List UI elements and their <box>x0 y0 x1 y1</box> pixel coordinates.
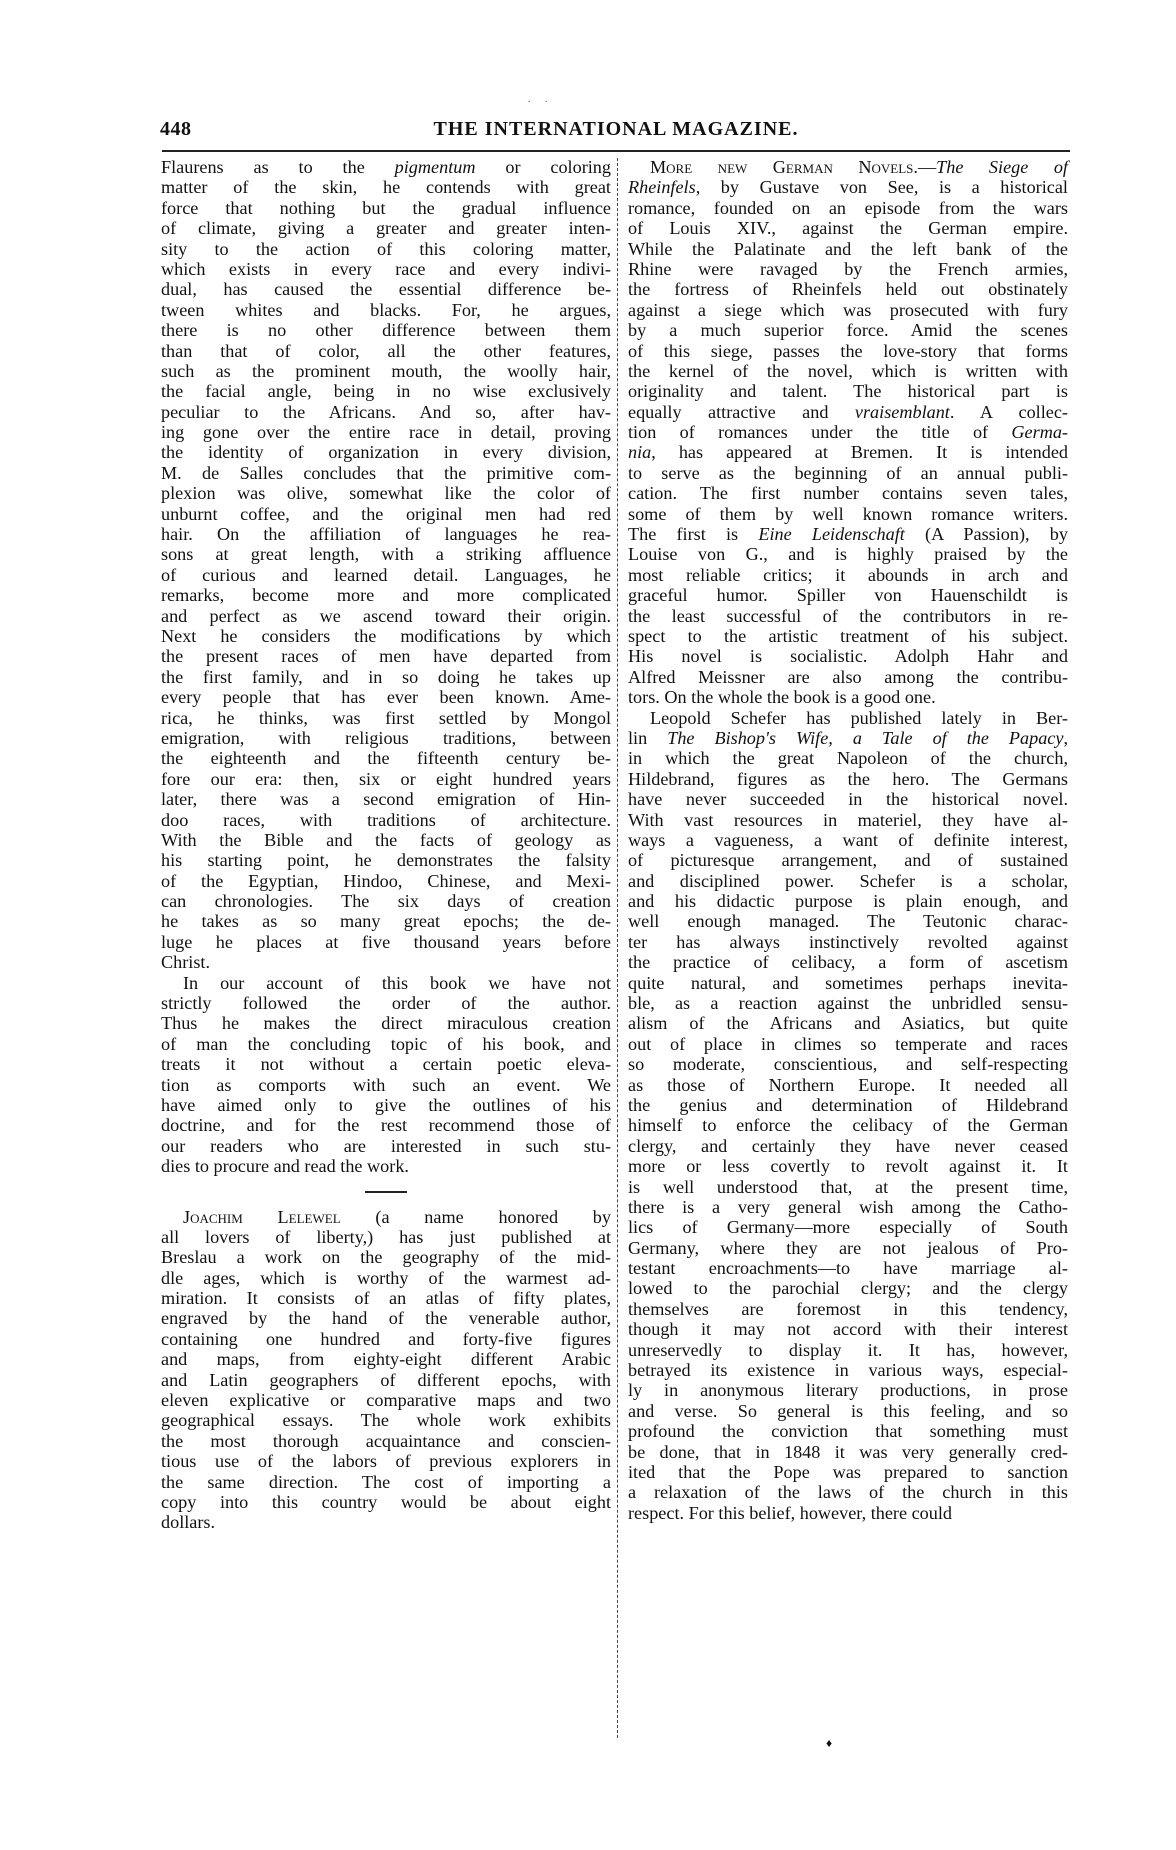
text-line: the eighteenth and the fifteenth century… <box>161 748 611 768</box>
text-line: tors. On the whole the book is a good on… <box>628 687 1068 707</box>
text-line: all lovers of liberty,) has just publish… <box>161 1227 611 1247</box>
text-line: tion of romances under the title of Germ… <box>628 422 1068 442</box>
text-line: romance, founded on an episode from the … <box>628 198 1068 218</box>
text-line: ited that the Pope was prepared to sanct… <box>628 1462 1068 1482</box>
paragraph-schefer: Leopold Schefer has published lately in … <box>628 708 1068 1524</box>
text-line: Leopold Schefer has published lately in … <box>628 708 1068 728</box>
text-line: and maps, from eighty-eight different Ar… <box>161 1349 611 1369</box>
column-divider <box>617 158 618 1738</box>
text-line: every people that has ever been known. A… <box>161 687 611 707</box>
text-line: Rheinfels, by Gustave von See, is a hist… <box>628 177 1068 197</box>
paragraph-account: In our account of this book we have nots… <box>161 973 611 1177</box>
text-line: tween whites and blacks. For, he argues, <box>161 300 611 320</box>
text-line: spect to the artistic treatment of his s… <box>628 626 1068 646</box>
text-line: emigration, with religious traditions, b… <box>161 728 611 748</box>
text-line: originality and talent. The historical p… <box>628 381 1068 401</box>
text-line: later, there was a second emigration of … <box>161 789 611 809</box>
paragraph-german-novels: More new German Novels.—The Siege ofRhei… <box>628 157 1068 708</box>
text-line: His novel is socialistic. Adolph Hahr an… <box>628 646 1068 666</box>
text-line: ly in anonymous literary productions, in… <box>628 1380 1068 1400</box>
text-line: The first is Eine Leidenschaft (A Passio… <box>628 524 1068 544</box>
text-line: himself to enforce the celibacy of the G… <box>628 1115 1068 1135</box>
text-line: the kernel of the novel, which is writte… <box>628 361 1068 381</box>
section-heading: Joachim Lelewel <box>183 1207 341 1227</box>
text-line: hair. On the affiliation of languages he… <box>161 524 611 544</box>
text-line: doctrine, and for the rest recommend tho… <box>161 1115 611 1135</box>
text-line: most reliable critics; it abounds in arc… <box>628 565 1068 585</box>
text-line: Flaurens as to the pigmentum or coloring <box>161 157 611 177</box>
text-line: out of place in climes so temperate and … <box>628 1034 1068 1054</box>
left-column: Flaurens as to the pigmentum or coloring… <box>161 157 611 1533</box>
text-line: of man the concluding topic of his book,… <box>161 1034 611 1054</box>
paragraph-pigmentum: Flaurens as to the pigmentum or coloring… <box>161 157 611 973</box>
text-line: equally attractive and vraisemblant. A c… <box>628 402 1068 422</box>
text-line: by a much superior force. Amid the scene… <box>628 320 1068 340</box>
text-line: and Latin geographers of different epoch… <box>161 1370 611 1390</box>
text-line: have aimed only to give the outlines of … <box>161 1095 611 1115</box>
text-line: alism of the Africans and Asiatics, but … <box>628 1013 1068 1033</box>
text-line: dle ages, which is worthy of the warmest… <box>161 1268 611 1288</box>
text-line: there is a very general wish among the C… <box>628 1197 1068 1217</box>
text-line: be done, that in 1848 it was very genera… <box>628 1442 1068 1462</box>
text-line: With the Bible and the facts of geology … <box>161 830 611 850</box>
text-line: the facial angle, being in no wise exclu… <box>161 381 611 401</box>
section-divider <box>365 1191 407 1193</box>
text-line: the same direction. The cost of importin… <box>161 1472 611 1492</box>
text-line: of picturesque arrangement, and of susta… <box>628 850 1068 870</box>
text-line: and verse. So general is this feeling, a… <box>628 1401 1068 1421</box>
text-line: dual, has caused the essential differenc… <box>161 279 611 299</box>
text-line: have never succeeded in the historical n… <box>628 789 1068 809</box>
text-line: tion as comports with such an event. We <box>161 1075 611 1095</box>
text-line: and perfect as we ascend toward their or… <box>161 606 611 626</box>
text-line: of curious and learned detail. Languages… <box>161 565 611 585</box>
text-line: engraved by the hand of the venerable au… <box>161 1308 611 1328</box>
top-dots: . . <box>528 94 554 105</box>
text-line: force that nothing but the gradual influ… <box>161 198 611 218</box>
running-title: THE INTERNATIONAL MAGAZINE. <box>160 118 1072 141</box>
text-line: the practice of celibacy, a form of asce… <box>628 952 1068 972</box>
text-line: our readers who are interested in such s… <box>161 1136 611 1156</box>
text-line: themselves are foremost in this tendency… <box>628 1299 1068 1319</box>
text-line: the least successful of the contributors… <box>628 606 1068 626</box>
text-line: cation. The first number contains seven … <box>628 483 1068 503</box>
section-heading: More new German Novels.— <box>650 157 936 177</box>
text-line: fore our era: then, six or eight hundred… <box>161 769 611 789</box>
text-line: Next he considers the modifications by w… <box>161 626 611 646</box>
text-line: geographical essays. The whole work exhi… <box>161 1410 611 1430</box>
text-line: Hildebrand, figures as the hero. The Ger… <box>628 769 1068 789</box>
text-line: the present races of men have departed f… <box>161 646 611 666</box>
text-line: treats it not without a certain poetic e… <box>161 1054 611 1074</box>
text-line: Louise von G., and is highly praised by … <box>628 544 1068 564</box>
text-line: ways a vagueness, a want of definite int… <box>628 830 1068 850</box>
text-line: lics of Germany—more especially of South <box>628 1217 1068 1237</box>
text-line: so moderate, conscientious, and self-res… <box>628 1054 1068 1074</box>
text-line: dollars. <box>161 1512 611 1532</box>
header-rule <box>162 150 1070 152</box>
text-line: copy into this country would be about ei… <box>161 1492 611 1512</box>
text-line: more or less covertly to revolt against … <box>628 1156 1068 1176</box>
text-line: In our account of this book we have not <box>161 973 611 993</box>
text-line: some of them by well known romance write… <box>628 504 1068 524</box>
text-line: unreservedly to display it. It has, howe… <box>628 1340 1068 1360</box>
text-line: M. de Salles concludes that the primitiv… <box>161 463 611 483</box>
text-line: and disciplined power. Schefer is a scho… <box>628 871 1068 891</box>
text-line: ing gone over the entire race in detail,… <box>161 422 611 442</box>
right-column: More new German Novels.—The Siege ofRhei… <box>628 157 1068 1523</box>
text-line: testant encroachments—to have marriage a… <box>628 1258 1068 1278</box>
text-line: than that of color, all the other featur… <box>161 341 611 361</box>
text-line: the most thorough acquaintance and consc… <box>161 1431 611 1451</box>
text-line: lin The Bishop's Wife, a Tale of the Pap… <box>628 728 1068 748</box>
text-line: he takes as so many great epochs; the de… <box>161 911 611 931</box>
text-line: is well understood that, at the present … <box>628 1177 1068 1197</box>
text-line: Alfred Meissner are also among the contr… <box>628 667 1068 687</box>
book-title: The Siege of <box>936 157 1068 177</box>
text-line: luge he places at five thousand years be… <box>161 932 611 952</box>
text-line: his starting point, he demonstrates the … <box>161 850 611 870</box>
text-line: in which the great Napoleon of the churc… <box>628 748 1068 768</box>
text-line: containing one hundred and forty-five fi… <box>161 1329 611 1349</box>
text-line: matter of the skin, he contends with gre… <box>161 177 611 197</box>
text-line: the first family, and in so doing he tak… <box>161 667 611 687</box>
text-line: strictly followed the order of the autho… <box>161 993 611 1013</box>
page-header: 448 THE INTERNATIONAL MAGAZINE. <box>160 118 1072 144</box>
text-line: Joachim Lelewel (a name honored by <box>161 1207 611 1227</box>
text-line: graceful humor. Spiller von Hauenschildt… <box>628 585 1068 605</box>
text-line: against a siege which was prosecuted wit… <box>628 300 1068 320</box>
footer-mark: ♦ <box>826 1736 832 1751</box>
text-line: the fortress of Rheinfels held out obsti… <box>628 279 1068 299</box>
text-line: plexion was olive, somewhat like the col… <box>161 483 611 503</box>
text-line: Thus he makes the direct miraculous crea… <box>161 1013 611 1033</box>
text-line: betrayed its existence in various ways, … <box>628 1360 1068 1380</box>
text-line: profound the conviction that something m… <box>628 1421 1068 1441</box>
text-line: doo races, with traditions of architectu… <box>161 810 611 830</box>
text-line: dies to procure and read the work. <box>161 1156 611 1176</box>
text-line: and his didactic purpose is plain enough… <box>628 891 1068 911</box>
text-line: a relaxation of the laws of the church i… <box>628 1482 1068 1502</box>
text-line: eleven explicative or comparative maps a… <box>161 1390 611 1410</box>
text-line: which exists in every race and every ind… <box>161 259 611 279</box>
text-line: such as the prominent mouth, the woolly … <box>161 361 611 381</box>
text-line: respect. For this belief, however, there… <box>628 1503 1068 1523</box>
text-line: to serve as the beginning of an annual p… <box>628 463 1068 483</box>
text-line: ter has always instinctively revolted ag… <box>628 932 1068 952</box>
text-line: nia, has appeared at Bremen. It is inten… <box>628 442 1068 462</box>
text-line: of climate, giving a greater and greater… <box>161 218 611 238</box>
text-line: quite natural, and sometimes perhaps ine… <box>628 973 1068 993</box>
text-line: of the Egyptian, Hindoo, Chinese, and Me… <box>161 871 611 891</box>
text-line: Germany, where they are not jealous of P… <box>628 1238 1068 1258</box>
text-line: there is no other difference between the… <box>161 320 611 340</box>
text-line: miration. It consists of an atlas of fif… <box>161 1288 611 1308</box>
text-line: ble, as a reaction against the unbridled… <box>628 993 1068 1013</box>
text-line: of Louis XIV., against the German empire… <box>628 218 1068 238</box>
text-line: though it may not accord with their inte… <box>628 1319 1068 1339</box>
text-line: of this siege, passes the love-story tha… <box>628 341 1068 361</box>
text-line: the genius and determination of Hildebra… <box>628 1095 1068 1115</box>
paragraph-lelewel: Joachim Lelewel (a name honored byall lo… <box>161 1207 611 1533</box>
text-line: rica, he thinks, was first settled by Mo… <box>161 708 611 728</box>
text-line: peculiar to the Africans. And so, after … <box>161 402 611 422</box>
text-line: With vast resources in materiel, they ha… <box>628 810 1068 830</box>
text-line: remarks, become more and more complicate… <box>161 585 611 605</box>
text-line: Breslau a work on the geography of the m… <box>161 1247 611 1267</box>
text-line: More new German Novels.—The Siege of <box>628 157 1068 177</box>
text-line: as those of Northern Europe. It needed a… <box>628 1075 1068 1095</box>
text-line: sons at great length, with a striking af… <box>161 544 611 564</box>
text-line: Christ. <box>161 952 611 972</box>
text-line: Rhine were ravaged by the French armies, <box>628 259 1068 279</box>
text-line: can chronologies. The six days of creati… <box>161 891 611 911</box>
text-line: the identity of organization in every di… <box>161 442 611 462</box>
text-line: clergy, and certainly they have never ce… <box>628 1136 1068 1156</box>
text-line: sity to the action of this coloring matt… <box>161 239 611 259</box>
text-line: lowed to the parochial clergy; and the c… <box>628 1278 1068 1298</box>
text-line: unburnt coffee, and the original men had… <box>161 504 611 524</box>
text-line: tious use of the labors of previous expl… <box>161 1451 611 1471</box>
text-line: While the Palatinate and the left bank o… <box>628 239 1068 259</box>
text-line: well enough managed. The Teutonic charac… <box>628 911 1068 931</box>
